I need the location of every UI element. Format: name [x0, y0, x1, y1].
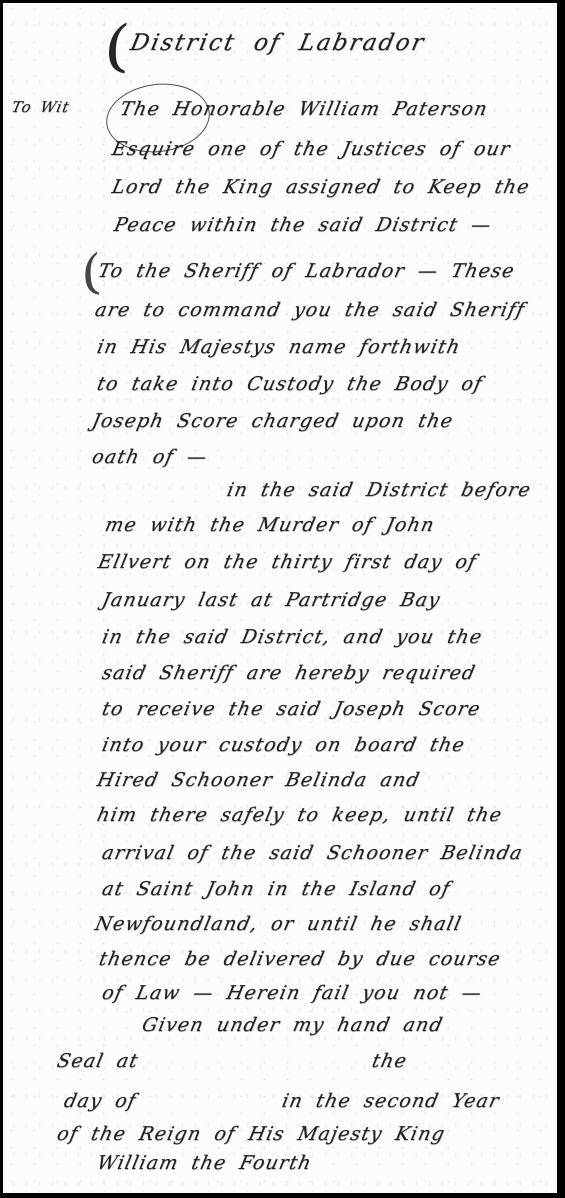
manuscript-line: in the said District before — [225, 479, 533, 501]
manuscript-line: Newfoundland, or until he shall — [93, 913, 464, 935]
manuscript-line: said Sheriff are hereby required — [100, 662, 478, 684]
manuscript-line: of Law — Herein fail you not — — [100, 982, 484, 1004]
manuscript-line: William the Fourth — [95, 1152, 314, 1174]
manuscript-line: The Honorable William Paterson — [118, 98, 490, 120]
manuscript-line: to receive the said Joseph Score — [100, 698, 483, 720]
manuscript-line: of the Reign of His Majesty King — [55, 1123, 448, 1145]
scan-border-left — [0, 0, 3, 1198]
margin-note-to-wit: To Wit — [10, 98, 71, 116]
manuscript-line: the — [370, 1050, 409, 1072]
manuscript-line: Esquire one of the Justices of our — [110, 138, 513, 160]
manuscript-line: Given under my hand and — [140, 1014, 445, 1036]
manuscript-line: Hired Schooner Belinda and — [95, 769, 422, 791]
manuscript-line: to take into Custody the Body of — [95, 373, 485, 395]
scan-border-top — [0, 0, 565, 3]
manuscript-line: Joseph Score charged upon the — [90, 410, 456, 432]
manuscript-line: into your custody on board the — [100, 734, 467, 756]
manuscript-line: him there safely to keep, until the — [95, 804, 505, 826]
manuscript-line: To the Sheriff of Labrador — These — [96, 260, 517, 282]
manuscript-line: are to command you the said Sheriff — [93, 299, 527, 321]
manuscript-line: Seal at — [55, 1050, 141, 1072]
manuscript-line: day of — [62, 1090, 139, 1112]
scan-border-right — [557, 0, 565, 1198]
manuscript-line: in His Majestys name forthwith — [95, 336, 463, 358]
manuscript-line: Ellvert on the thirty first day of — [96, 551, 479, 573]
manuscript-line: in the second Year — [280, 1090, 502, 1112]
scan-border-bottom — [0, 1193, 565, 1198]
manuscript-line: Peace within the said District — — [112, 214, 494, 236]
manuscript-line: me with the Murder of John — [103, 514, 437, 536]
manuscript-line: in the said District, and you the — [100, 626, 485, 648]
manuscript-line: Lord the King assigned to Keep the — [110, 176, 532, 198]
manuscript-line: January last at Partridge Bay — [100, 589, 443, 611]
manuscript-line: arrival of the said Schooner Belinda — [100, 842, 525, 864]
document-title: District of Labrador — [128, 30, 428, 56]
manuscript-scan-page: ( ( District of Labrador To Wit The Hono… — [0, 0, 565, 1198]
manuscript-line: at Saint John in the Island of — [100, 878, 453, 900]
manuscript-line: thence be delivered by due course — [97, 948, 503, 970]
manuscript-line: oath of — — [90, 446, 210, 468]
